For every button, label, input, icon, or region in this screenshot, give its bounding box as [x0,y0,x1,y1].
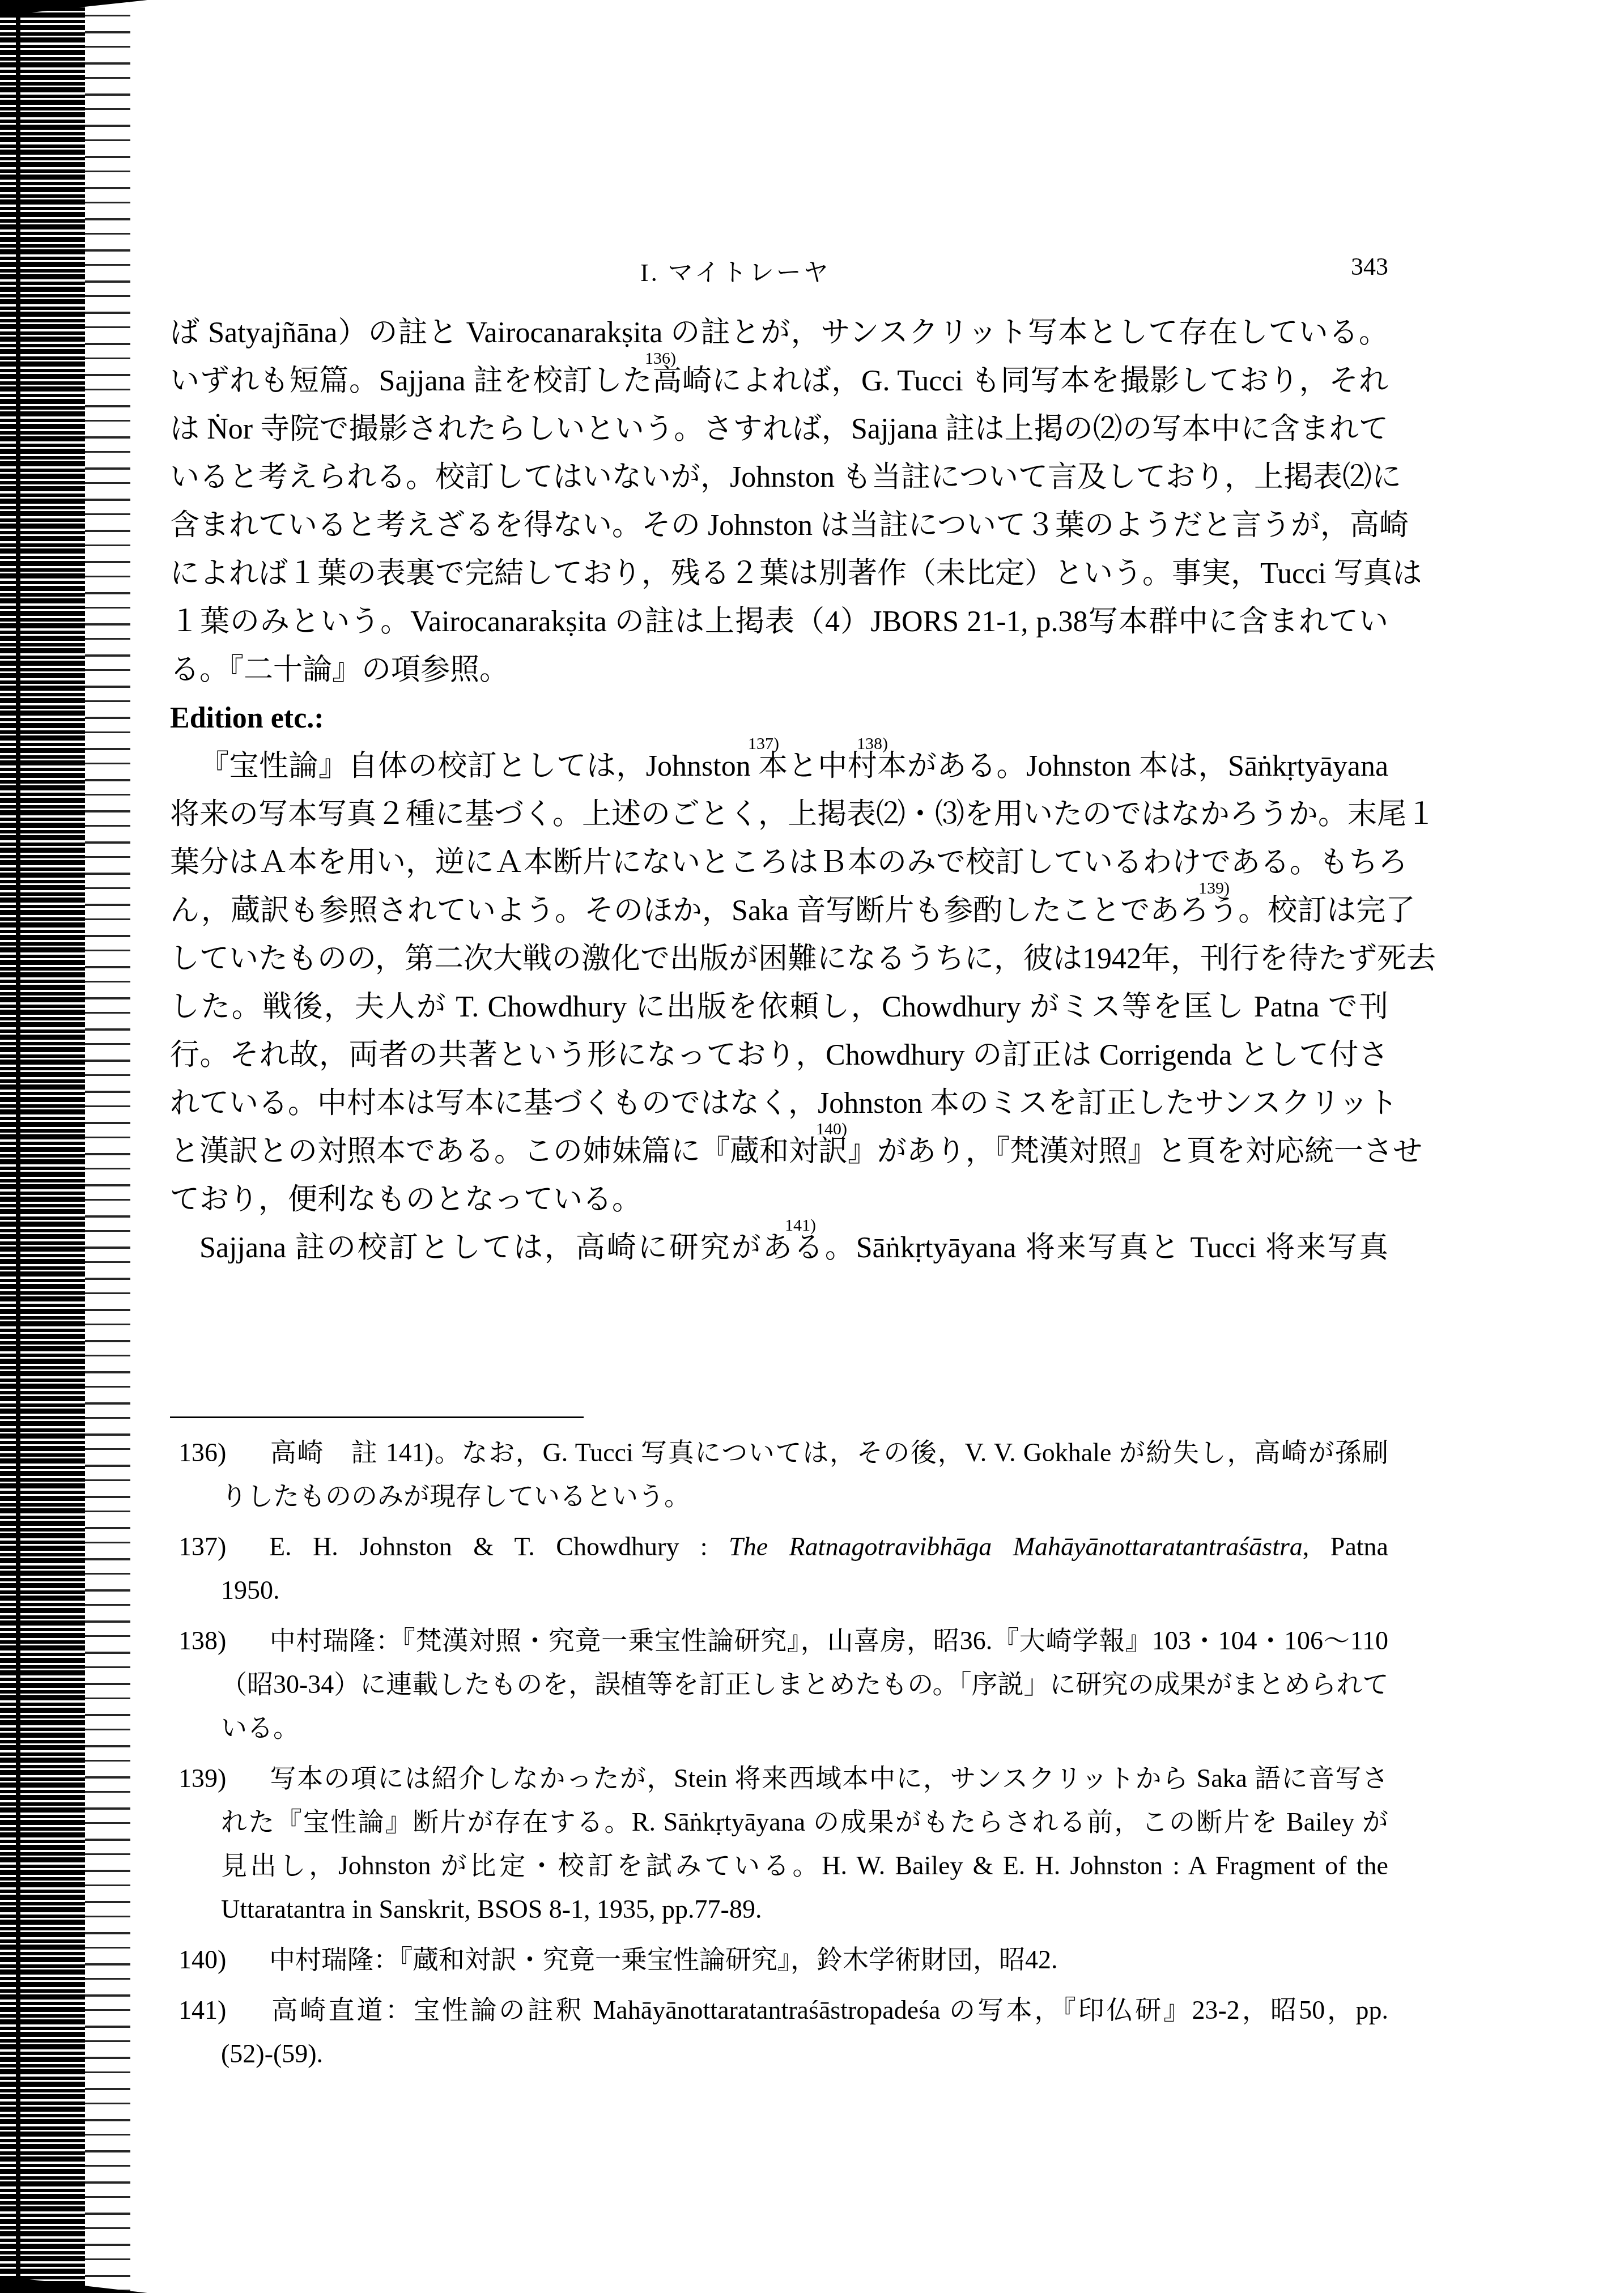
scan-binding-edge [0,0,85,2293]
text-line: 139) ん，蔵訳も参照されていよう。そのほか，Saka 音写断片も参酌したこと… [170,887,1388,935]
text-line: 行。それ故，両者の共著という形になっており，Chowdhury の訂正は Cor… [170,1031,1388,1079]
book-title: The Ratnagotravibhāga Mahāyānottaratantr… [729,1532,1303,1561]
text-line: いると考えられる。校訂してはいないが，Johnston も当註について言及してお… [170,453,1388,501]
footnote-ref-137[interactable]: 137) [748,735,779,752]
text-line: によれば１葉の表裏で完結しており，残る２葉は別著作（未比定）という。事実，Tuc… [170,550,1388,598]
footnote-line: 1950. [170,1568,1388,1612]
footnote-line: 140)中村瑞隆：『蔵和対訳・究竟一乗宝性論研究』，鈴木学術財団，昭42. [170,1938,1388,1981]
footnote-number: 138) [170,1619,269,1662]
paragraph-sajjana: 141) Sajjana 註の校訂としては，高崎に研究がある。Sāṅkṛtyāy… [170,1224,1388,1272]
binding-spine [16,0,20,2293]
footnote-137: 137)E. H. Johnston & T. Chowdhury : The … [170,1525,1388,1612]
footnote-136: 136)高崎 註 141)。なお，G. Tucci 写真については，その後，V.… [170,1431,1388,1518]
text-line: 136) いずれも短篇。Sajjana 註を校訂した高崎によれば，G. Tucc… [170,357,1388,405]
text-line: 将来の写本写真２種に基づく。上述のごとく，上掲表⑵・⑶を用いたのではなかろうか。… [170,790,1388,839]
footnote-number: 136) [170,1431,269,1474]
footnote-line: (52)-(59). [170,2032,1388,2075]
footnote-line: 138)中村瑞隆：『梵漢対照・究竟一乗宝性論研究』，山喜房，昭36.『大崎学報』… [170,1619,1388,1662]
footnote-ref-140[interactable]: 140) [816,1121,847,1138]
footnote-line: 137)E. H. Johnston & T. Chowdhury : The … [170,1525,1388,1568]
text-line: 含まれていると考えざるを得ない。その Johnston は当註について３葉のよう… [170,501,1388,550]
footnote-141: 141)高崎直道：宝性論の註釈 Mahāyānottaratantraśāstr… [170,1988,1388,2075]
text-line: る。『二十論』の項参照。 [170,646,1388,694]
paragraph-manuscripts: ば Satyajñāna）の註と Vairocanarakṣita の註とが，サ… [170,309,1388,694]
text-line: れている。中村本は写本に基づくものではなく，Johnston 本のミスを訂正した… [170,1079,1388,1128]
footnote-number: 137) [170,1525,269,1568]
footnote-number: 139) [170,1756,269,1800]
footnote-separator [170,1416,584,1418]
footnote-line: 141)高崎直道：宝性論の註釈 Mahāyānottaratantraśāstr… [170,1988,1388,2032]
running-title: I. マイトレーヤ [640,252,831,288]
footnote-line: （昭30-34）に連載したものを，誤植等を訂正しまとめたもの。「序説」に研究の成… [170,1662,1388,1706]
text-line: 137) 138) 『宝性論』自体の校訂としては，Johnston 本と中村本が… [170,742,1388,790]
paragraph-edition: 137) 138) 『宝性論』自体の校訂としては，Johnston 本と中村本が… [170,742,1388,1224]
footnote-ref-136[interactable]: 136) [645,350,676,367]
footnote-ref-141[interactable]: 141) [785,1217,816,1234]
footnote-line: 139)写本の項には紹介しなかったが，Stein 将来西域本中に，サンスクリット… [170,1756,1388,1800]
footnote-line: りしたもののみが現存しているという。 [170,1474,1388,1518]
text-line: した。戦後，夫人が T. Chowdhury に出版を依頼し，Chowdhury… [170,983,1388,1031]
footnote-number: 141) [170,1988,269,2032]
text-line: 140) と漢訳との対照本である。この姉妹篇に『蔵和対訳』があり，『梵漢対照』と… [170,1128,1388,1176]
main-text: ば Satyajñāna）の註と Vairocanarakṣita の註とが，サ… [170,309,1388,1272]
page-number: 343 [1351,252,1388,281]
text-line: は Ṅor 寺院で撮影されたらしいという。さすれば，Sajjana 註は上掲の⑵… [170,405,1388,453]
footnote-line: 136)高崎 註 141)。なお，G. Tucci 写真については，その後，V.… [170,1431,1388,1474]
running-head: I. マイトレーヤ 343 [170,252,1388,286]
footnote-140: 140)中村瑞隆：『蔵和対訳・究竟一乗宝性論研究』，鈴木学術財団，昭42. [170,1938,1388,1981]
footnote-line: Uttaratantra in Sanskrit, BSOS 8-1, 1935… [170,1887,1388,1931]
footnote-ref-139[interactable]: 139) [1198,880,1230,897]
footnote-139: 139)写本の項には紹介しなかったが，Stein 将来西域本中に，サンスクリット… [170,1756,1388,1931]
footnote-line: れた『宝性論』断片が存在する。R. Sāṅkṛtyāyana の成果がもたらされ… [170,1800,1388,1844]
footnotes: 136)高崎 註 141)。なお，G. Tucci 写真については，その後，V.… [170,1431,1388,2075]
text-line: 141) Sajjana 註の校訂としては，高崎に研究がある。Sāṅkṛtyāy… [170,1224,1388,1272]
footnote-line: いる。 [170,1706,1388,1750]
footnote-number: 140) [170,1938,269,1981]
footnote-ref-138[interactable]: 138) [857,735,888,752]
section-heading-edition: Edition etc.: [170,694,1388,742]
text-line: ば Satyajñāna）の註と Vairocanarakṣita の註とが，サ… [170,309,1388,357]
text-line: していたものの，第二次大戦の激化で出版が困難になるうちに，彼は1942年，刊行を… [170,935,1388,983]
text-line: １葉のみという。Vairocanarakṣita の註は上掲表（4）JBORS … [170,598,1388,646]
footnote-138: 138)中村瑞隆：『梵漢対照・究竟一乗宝性論研究』，山喜房，昭36.『大崎学報』… [170,1619,1388,1750]
text-line: ており，便利なものとなっている。 [170,1176,1388,1224]
footnote-line: 見出し，Johnston が比定・校訂を試みている。H. W. Bailey &… [170,1844,1388,1887]
